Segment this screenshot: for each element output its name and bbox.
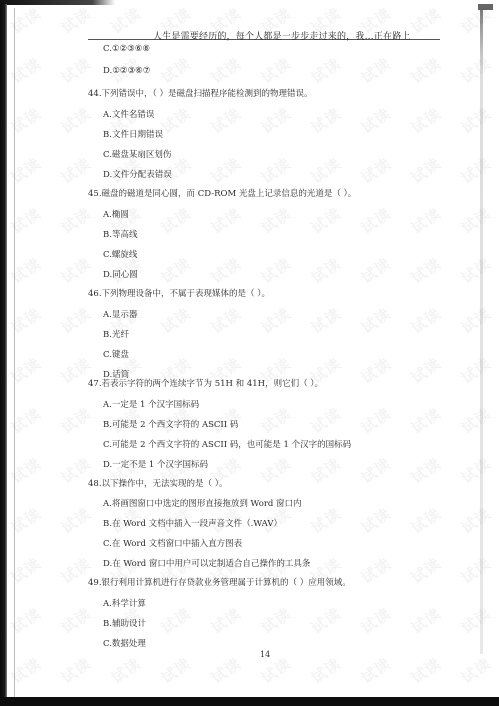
watermark-text: 试读 [7,503,45,539]
q49-option-c: C.数据处理 [103,637,146,649]
watermark-text: 试读 [7,353,45,389]
watermark-text: 试读 [457,303,495,339]
watermark-text: 试读 [457,103,495,139]
page-number: 14 [260,650,270,659]
watermark-text: 试读 [407,3,445,39]
watermark-text: 试读 [257,103,295,139]
watermark-text: 试读 [57,3,95,39]
watermark-text: 试读 [257,203,295,239]
scan-edge-top [0,0,115,5]
q44-option-d: D.文件分配表错误 [103,168,172,180]
watermark-text: 试读 [357,253,395,289]
watermark-text: 试读 [457,403,495,439]
watermark-text: 试读 [207,203,245,239]
watermark-text: 试读 [457,203,495,239]
question-47: 47.若表示字符的两个连续字节为 51H 和 41H，则它们（ ）。 [88,377,323,389]
watermark-text: 试读 [457,453,495,489]
watermark-text: 试读 [357,553,395,589]
watermark-text: 试读 [157,203,195,239]
watermark-text: 试读 [7,253,45,289]
watermark-text: 试读 [357,353,395,389]
q46-option-a: A.显示器 [103,308,137,320]
q44-option-c: C.磁盘某扇区划伤 [103,148,171,160]
q45-option-a: A.椭圆 [103,208,129,220]
q45-option-d: D.同心圆 [103,268,138,280]
watermark-text: 试读 [307,253,345,289]
watermark-text: 试读 [407,403,445,439]
q48-option-a: A.将画图窗口中选定的图形直接拖放到 Word 窗口内 [103,497,302,509]
watermark-text: 试读 [57,303,95,339]
watermark-text: 试读 [57,53,95,89]
watermark-text: 试读 [207,603,245,639]
carryover-option-d: D.①②③⑥⑦ [103,66,150,76]
watermark-text: 试读 [257,403,295,439]
watermark-text: 试读 [7,103,45,139]
scan-edge-bottom [0,697,499,706]
question-49: 49.银行利用计算机进行存贷款业务管理属于计算机的（ ）应用领域。 [88,576,351,588]
watermark-text: 试读 [307,103,345,139]
watermark-text: 试读 [57,253,95,289]
watermark-text: 试读 [307,453,345,489]
watermark-text: 试读 [307,503,345,539]
watermark-text: 试读 [357,203,395,239]
scan-corner-right [478,4,493,10]
q47-option-a: A.一定是 1 个汉字国标码 [103,398,199,410]
watermark-text: 试读 [257,153,295,189]
watermark-text: 试读 [7,203,45,239]
watermark-text: 试读 [7,303,45,339]
watermark-text: 试读 [307,653,345,689]
watermark-text: 试读 [357,453,395,489]
q48-option-c: C.在 Word 文档窗口中插入直方图表 [103,537,242,549]
watermark-text: 试读 [407,603,445,639]
watermark-text: 试读 [107,3,145,39]
carryover-option-c: C.①②③⑥⑧ [103,44,150,54]
watermark-text: 试读 [357,53,395,89]
watermark-layer: 试读试读试读试读试读试读试读试读试读试读试读试读试读试读试读试读试读试读试读试读… [0,0,499,706]
watermark-text: 试读 [57,503,95,539]
watermark-text: 试读 [457,503,495,539]
scan-edge-left [0,4,7,706]
watermark-text: 试读 [7,3,45,39]
q46-option-b: B.光纤 [103,328,129,340]
watermark-text: 试读 [7,553,45,589]
scan-margin-line [14,8,15,698]
watermark-text: 试读 [257,453,295,489]
question-44: 44.下列错误中，（ ）是磁盘扫描程序能检测到的物理错误。 [88,87,312,99]
q47-option-c: C.可能是 2 个西文字符的 ASCII 码，也可能是 1 个汉字的国标码 [103,438,351,450]
watermark-text: 试读 [357,403,395,439]
watermark-text: 试读 [407,203,445,239]
watermark-text: 试读 [57,103,95,139]
watermark-text: 试读 [307,153,345,189]
q47-option-b: B.可能是 2 个西文字符的 ASCII 码 [103,418,238,430]
watermark-text: 试读 [407,153,445,189]
question-45: 45.磁盘的磁道是同心圆，而 CD-ROM 光盘上记录信息的光道是（ ）。 [88,187,356,199]
watermark-text: 试读 [457,603,495,639]
watermark-text: 试读 [257,253,295,289]
watermark-text: 试读 [457,553,495,589]
watermark-text: 试读 [157,253,195,289]
watermark-text: 试读 [57,603,95,639]
watermark-text: 试读 [7,403,45,439]
watermark-text: 试读 [257,303,295,339]
watermark-text: 试读 [407,453,445,489]
watermark-text: 试读 [357,153,395,189]
watermark-text: 试读 [7,153,45,189]
q48-option-b: B.在 Word 文档中插入一段声音文件（.WAV） [103,517,282,529]
watermark-text: 试读 [307,303,345,339]
watermark-text: 试读 [207,53,245,89]
watermark-text: 试读 [257,53,295,89]
watermark-text: 试读 [307,603,345,639]
q45-option-c: C.螺旋线 [103,248,137,260]
scan-edge-right [480,4,483,654]
q46-option-c: C.键盘 [103,348,129,360]
watermark-text: 试读 [207,103,245,139]
q49-option-a: A.科学计算 [103,597,146,609]
watermark-text: 试读 [457,153,495,189]
watermark-text: 试读 [207,153,245,189]
watermark-text: 试读 [57,203,95,239]
watermark-text: 试读 [407,503,445,539]
watermark-text: 试读 [207,303,245,339]
watermark-text: 试读 [157,653,195,689]
watermark-text: 试读 [407,103,445,139]
watermark-text: 试读 [357,603,395,639]
watermark-text: 试读 [457,353,495,389]
watermark-text: 试读 [457,653,495,689]
watermark-text: 试读 [157,53,195,89]
watermark-text: 试读 [407,303,445,339]
watermark-text: 试读 [457,53,495,89]
q45-option-b: B.等高线 [103,228,137,240]
watermark-text: 试读 [407,353,445,389]
watermark-text: 试读 [107,653,145,689]
page-header: 人生是需要经历的，每个人都是一步步走过来的，我…正在路上 [153,29,411,42]
watermark-text: 试读 [457,253,495,289]
question-46: 46.下列物理设备中，不属于表现媒体的是（ ）。 [88,287,270,299]
watermark-text: 试读 [157,603,195,639]
watermark-text: 试读 [157,303,195,339]
q48-option-d: D.在 Word 窗口中用户可以定制适合自己操作的工具条 [103,557,310,569]
watermark-text: 试读 [57,153,95,189]
watermark-text: 试读 [307,203,345,239]
watermark-text: 试读 [357,653,395,689]
watermark-text: 试读 [57,653,95,689]
watermark-text: 试读 [7,653,45,689]
watermark-text: 试读 [57,403,95,439]
watermark-text: 试读 [407,253,445,289]
q47-option-d: D.一定不是 1 个汉字国标码 [103,458,208,470]
watermark-text: 试读 [407,53,445,89]
q44-option-b: B.文件日期错误 [103,128,163,140]
watermark-text: 试读 [407,553,445,589]
watermark-text: 试读 [307,403,345,439]
watermark-text: 试读 [307,53,345,89]
watermark-text: 试读 [207,253,245,289]
q44-option-a: A.文件名错误 [103,108,154,120]
q49-option-b: B.辅助设计 [103,617,146,629]
watermark-text: 试读 [7,453,45,489]
watermark-text: 试读 [357,103,395,139]
watermark-text: 试读 [357,503,395,539]
watermark-text: 试读 [257,603,295,639]
question-48: 48.以下操作中，无法实现的是（ ）。 [88,477,227,489]
watermark-text: 试读 [207,653,245,689]
watermark-text: 试读 [7,53,45,89]
watermark-text: 试读 [7,603,45,639]
watermark-text: 试读 [407,653,445,689]
watermark-text: 试读 [357,303,395,339]
